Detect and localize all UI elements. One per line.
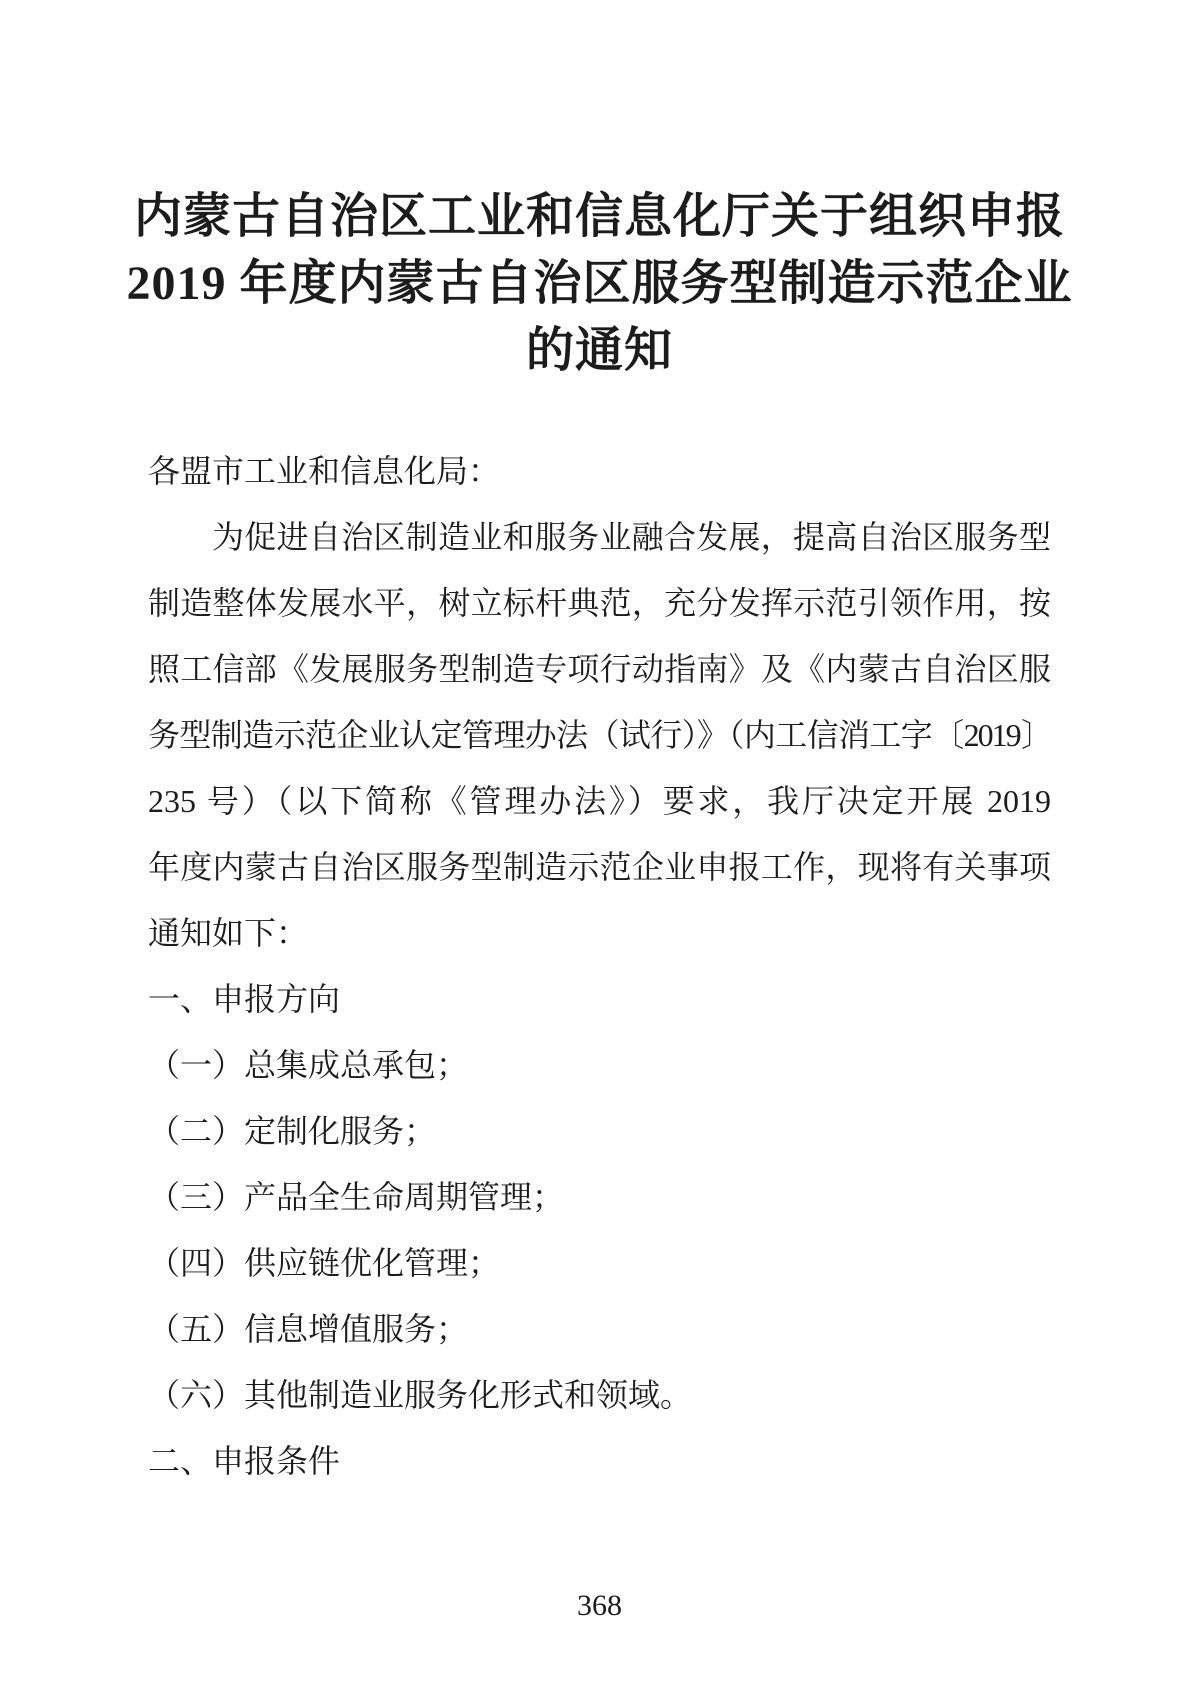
list-item-5: （五）信息增值服务； <box>148 1296 1051 1362</box>
page-number: 368 <box>0 1588 1199 1624</box>
body-line: 为促进自治区制造业和服务业融合发展，提高自治区服务型 <box>148 504 1051 570</box>
section-heading-1: 一、申报方向 <box>148 966 1051 1032</box>
title-line-2: 2019 年度内蒙古自治区服务型制造示范企业 <box>0 250 1199 317</box>
body-line: 235 号）（以下简称《管理办法》）要求，我厅决定开展 2019 <box>148 768 1051 834</box>
document-page: 内蒙古自治区工业和信息化厅关于组织申报 2019 年度内蒙古自治区服务型制造示范… <box>0 0 1199 1694</box>
list-item-3: （三）产品全生命周期管理； <box>148 1164 1051 1230</box>
document-title: 内蒙古自治区工业和信息化厅关于组织申报 2019 年度内蒙古自治区服务型制造示范… <box>0 0 1199 384</box>
body-line: 务型制造示范企业认定管理办法（试行）》（内工信消工字〔2019〕 <box>148 702 1051 768</box>
document-body: 各盟市工业和信息化局： 为促进自治区制造业和服务业融合发展，提高自治区服务型 制… <box>148 438 1051 1494</box>
list-item-1: （一）总集成总承包； <box>148 1032 1051 1098</box>
title-line-3: 的通知 <box>0 317 1199 384</box>
body-line: 制造整体发展水平，树立标杆典范，充分发挥示范引领作用，按 <box>148 570 1051 636</box>
title-line-1: 内蒙古自治区工业和信息化厅关于组织申报 <box>0 183 1199 250</box>
list-item-6: （六）其他制造业服务化形式和领域。 <box>148 1362 1051 1428</box>
salutation: 各盟市工业和信息化局： <box>148 438 1051 504</box>
list-item-2: （二）定制化服务； <box>148 1098 1051 1164</box>
body-line: 照工信部《发展服务型制造专项行动指南》及《内蒙古自治区服 <box>148 636 1051 702</box>
list-item-4: （四）供应链优化管理； <box>148 1230 1051 1296</box>
section-heading-2: 二、申报条件 <box>148 1428 1051 1494</box>
body-line: 通知如下： <box>148 900 1051 966</box>
body-line: 年度内蒙古自治区服务型制造示范企业申报工作，现将有关事项 <box>148 834 1051 900</box>
